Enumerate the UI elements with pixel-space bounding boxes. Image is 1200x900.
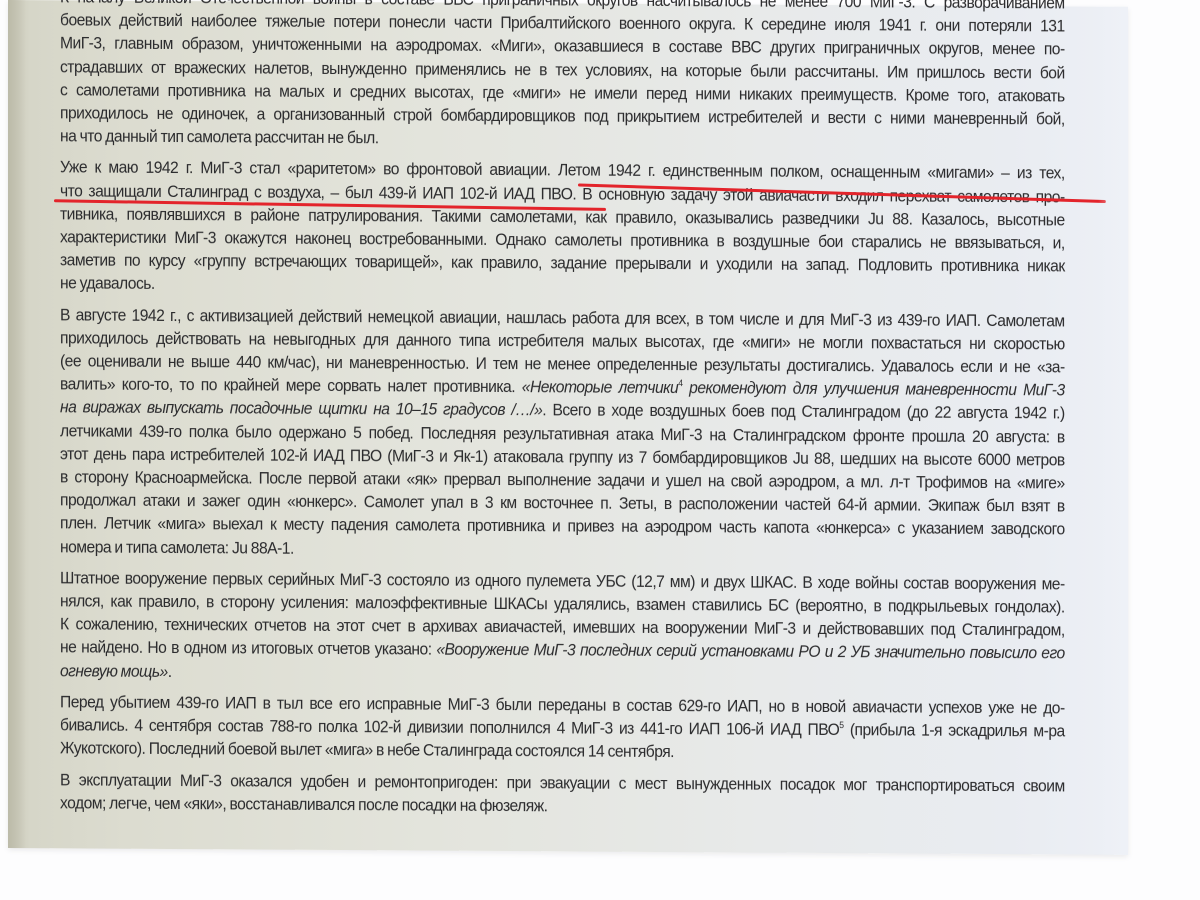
text-run: Уже к маю 1942 г. МиГ-3 стал «раритетом»…: [60, 159, 1065, 183]
paragraph: В августе 1942 г., с активизацией действ…: [60, 304, 1065, 565]
text-run: боевых действий наиболее тяжелые потери …: [60, 12, 1065, 36]
text-run: характеристики МиГ-3 окажутся наконец во…: [60, 228, 1065, 252]
text-run: плен. Летчик «мига» выехал к месту паден…: [60, 515, 1065, 539]
text-run: приходилось действовать на невыгодных дл…: [60, 329, 1065, 353]
text-run: .: [168, 663, 172, 681]
italic-quote: «Некоторые летчики: [522, 378, 678, 397]
paragraph: К началу Великой Отечественной войны в с…: [60, 0, 1065, 155]
paragraph: Уже к маю 1942 г. МиГ-3 стал «раритетом»…: [60, 157, 1065, 302]
text-run: (ее оценивали не выше 440 км/час), ни ма…: [60, 352, 1065, 376]
text-run: В августе 1942 г., с активизацией действ…: [60, 306, 1065, 330]
text-run: В эксплуатации МиГ-3 оказался удобен и р…: [60, 771, 1065, 795]
paragraph: Штатное вооружение первых серийных МиГ-3…: [60, 567, 1065, 689]
text-run: (прибыла 1-я эскадрилья м-ра: [844, 721, 1065, 740]
text-run: заметив по курсу «группу встречающих тов…: [60, 252, 1065, 276]
italic-quote: «Вооружение МиГ-3 последних серий устано…: [436, 641, 1064, 663]
text-run: Штатное вооружение первых серийных МиГ-3…: [60, 569, 1065, 593]
text-run: бивались. 4 сентября состав 788-го полка…: [60, 716, 839, 739]
text-run: К сожалению, технических отчетов на этот…: [60, 616, 1065, 640]
text-run: нялся, как правило, в сторону усиления: …: [60, 592, 1065, 616]
text-run: МиГ-3, главным образом, уничтоженными на…: [60, 35, 1065, 59]
text-run: Перед убытием 439-го ИАП в тыл все его и…: [60, 693, 1065, 717]
text-run: ходом; легче, чем «яки», восстанавливалс…: [60, 794, 547, 815]
text-run: продолжал атаки и зажег один «юнкерс». С…: [60, 492, 1065, 516]
text-run: не удавалось.: [60, 275, 155, 294]
text-run: валить» кого-то, то по крайней мере сорв…: [60, 376, 522, 397]
italic-quote: огневую мощь»: [60, 662, 168, 681]
book-page: К началу Великой Отечественной войны в с…: [8, 0, 1128, 855]
text-run: Жукотского). Последний боевой вылет «миг…: [60, 740, 674, 762]
text-run: с самолетами противника на малых и средн…: [60, 81, 1065, 105]
paragraph: Перед убытием 439-го ИАП в тыл все его и…: [60, 691, 1065, 767]
italic-quote: рекомендуют для улучшения маневренности …: [682, 379, 1064, 399]
photo-scene: К началу Великой Отечественной войны в с…: [0, 0, 1200, 900]
text-run: . Всего в ходе воздушных боев под Сталин…: [542, 402, 1064, 423]
italic-quote: на виражах выпускать посадочные щитки на…: [60, 399, 542, 420]
paragraph: В эксплуатации МиГ-3 оказался удобен и р…: [60, 769, 1065, 822]
text-run: этот день пара истребителей 102-й ИАД ПВ…: [60, 445, 1065, 469]
text-run: не найдено. Но в одном из итоговых отчет…: [60, 639, 436, 659]
text-run: на что данный тип самолета рассчитан не …: [60, 128, 379, 148]
text-run: летчиками 439-го полка было одержано 5 п…: [60, 422, 1065, 446]
page-text: К началу Великой Отечественной войны в с…: [60, 0, 1065, 829]
text-run: номера и типа самолета: Ju 88A-1.: [60, 538, 294, 557]
text-run: в сторону Красноармейска. После первой а…: [60, 468, 1065, 492]
text-run: страдавших от вражеских налетов, вынужде…: [60, 58, 1065, 82]
text-run: приходилось не одиночек, а организованны…: [60, 104, 1065, 128]
